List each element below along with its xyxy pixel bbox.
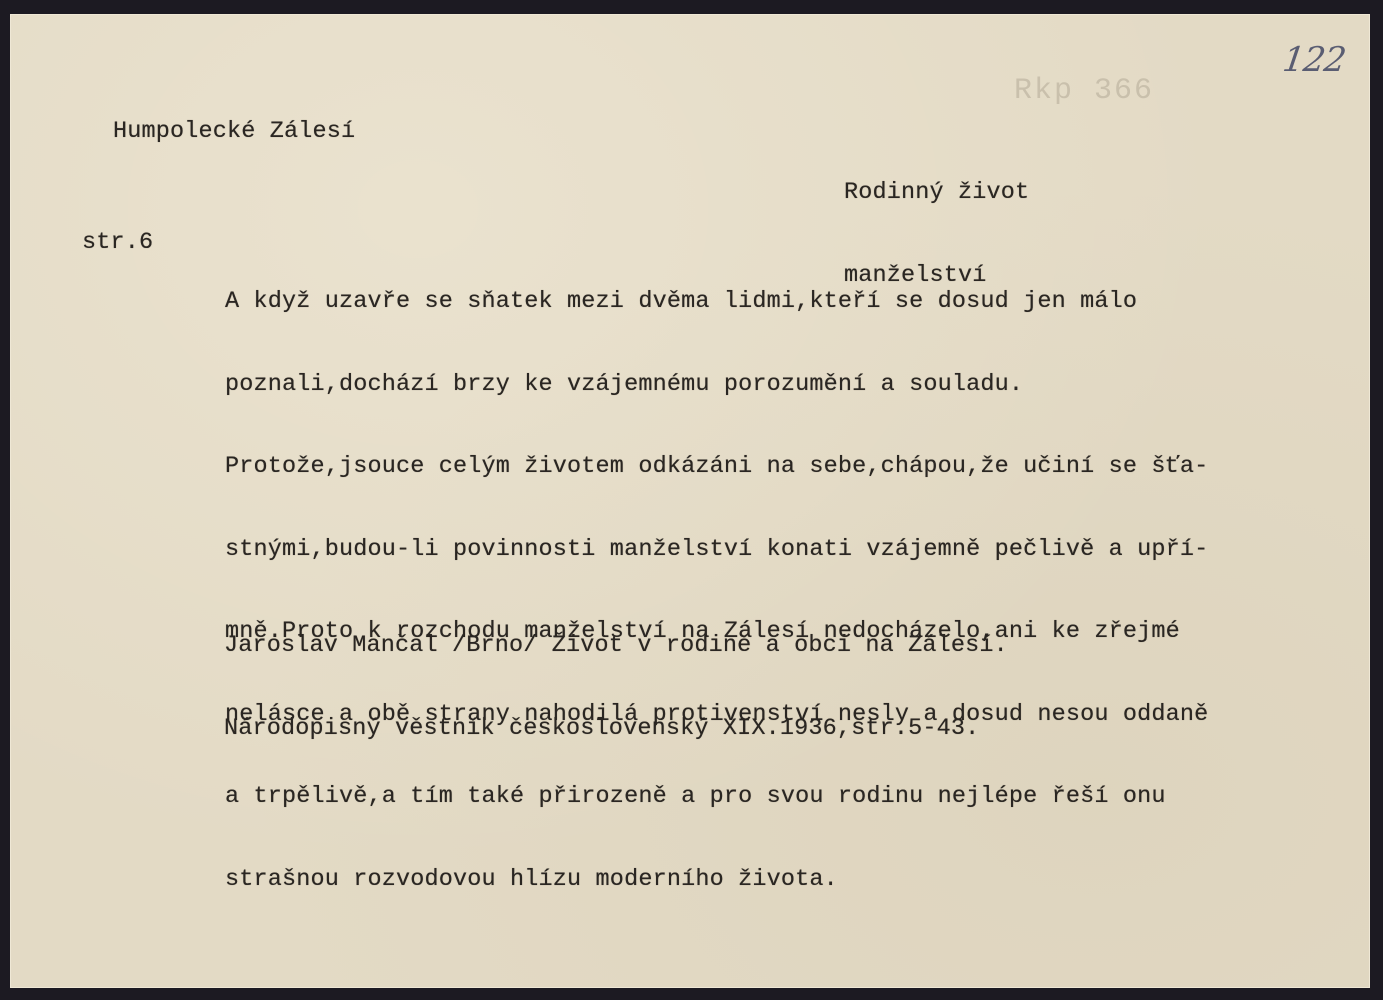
citation-line: Jaroslav Mančal /Brno/ Život v rodině a … bbox=[224, 632, 1008, 660]
page-reference: str.6 bbox=[82, 229, 153, 257]
body-line: strašnou rozvodovou hlízu moderního živo… bbox=[225, 866, 1208, 894]
body-line: A když uzavře se sňatek mezi dvěma lidmi… bbox=[225, 288, 1208, 316]
index-card: 122 Rkp 366 Humpolecké Zálesí Rodinný ži… bbox=[10, 14, 1370, 988]
body-line: Protože,jsouce celým životem odkázáni na… bbox=[225, 453, 1208, 481]
citation: Jaroslav Mančal /Brno/ Život v rodině a … bbox=[224, 577, 1008, 797]
region-heading: Humpolecké Zálesí bbox=[113, 118, 355, 146]
body-line: stnými,budou-li povinnosti manželství ko… bbox=[225, 536, 1208, 564]
archive-stamp: Rkp 366 bbox=[1014, 74, 1154, 108]
topic-line: Rodinný život bbox=[844, 179, 1029, 207]
body-line: poznali,dochází brzy ke vzájemnému poroz… bbox=[225, 371, 1208, 399]
citation-line: Národopisný věstník československý XIX.1… bbox=[224, 715, 1008, 743]
handwritten-page-number: 122 bbox=[1280, 40, 1348, 80]
